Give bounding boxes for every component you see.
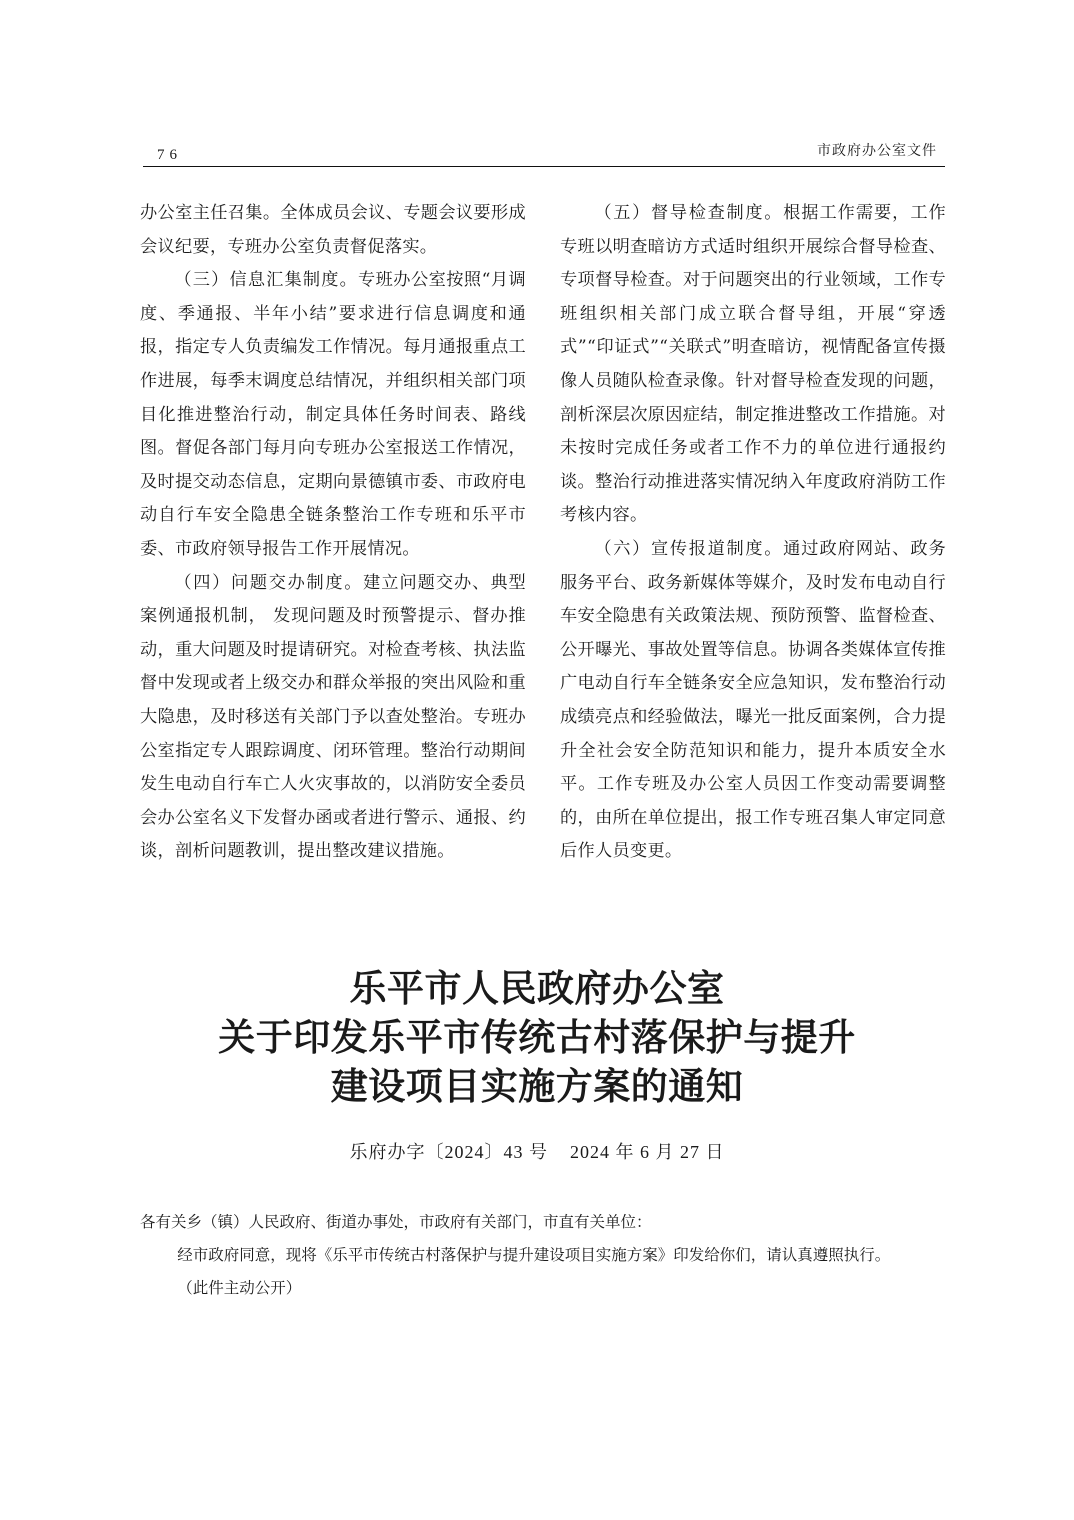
running-title: 市政府办公室文件: [817, 140, 937, 160]
section-heading: （五）督导检查制度。: [594, 203, 783, 223]
notice-title-line: 乐平市人民政府办公室: [0, 964, 1074, 1013]
addressee: 各有关乡（镇）人民政府、街道办事处，市政府有关部门，市直有关单位：: [140, 1206, 946, 1239]
paragraph-publicity: （六）宣传报道制度。通过政府网站、政务服务平台、政务新媒体等媒介，及时发布电动自…: [560, 533, 946, 869]
paragraph-supervision: （五）督导检查制度。根据工作需要，工作专班以明查暗访方式适时组织开展综合督导检查…: [560, 197, 946, 533]
paragraph-text: 办公室主任召集。全体成员会议、专题会议要形成会议纪要，专班办公室负责督促落实。: [140, 203, 526, 257]
disclosure-note: （此件主动公开）: [140, 1272, 946, 1305]
paragraph-info-collection: （三）信息汇集制度。专班办公室按照“月调度、季通报、半年小结”要求进行信息调度和…: [140, 264, 526, 566]
notice-title: 乐平市人民政府办公室 关于印发乐平市传统古村落保护与提升 建设项目实施方案的通知: [0, 964, 1074, 1111]
page-number: 76: [157, 147, 182, 164]
document-number: 乐府办字〔2024〕43 号: [350, 1142, 549, 1162]
section-heading: （六）宣传报道制度。: [594, 539, 783, 559]
notice-body: 各有关乡（镇）人民政府、街道办事处，市政府有关部门，市直有关单位： 经市政府同意…: [140, 1206, 946, 1305]
two-column-body: 办公室主任召集。全体成员会议、专题会议要形成会议纪要，专班办公室负责督促落实。 …: [140, 197, 946, 869]
paragraph-continuation: 办公室主任召集。全体成员会议、专题会议要形成会议纪要，专班办公室负责督促落实。: [140, 197, 526, 264]
paragraph-text: 建立问题交办、典型案例通报机制， 发现问题及时预警提示、督办推动，重大问题及时提…: [140, 573, 526, 862]
notice-title-line: 建设项目实施方案的通知: [0, 1062, 1074, 1111]
paragraph-text: 专班办公室按照“月调度、季通报、半年小结”要求进行信息调度和通报，指定专人负责编…: [140, 270, 526, 559]
paragraph-text: 根据工作需要，工作专班以明查暗访方式适时组织开展综合督导检查、专项督导检查。对于…: [560, 203, 946, 525]
document-date: 2024 年 6 月 27 日: [570, 1142, 725, 1162]
right-column: （五）督导检查制度。根据工作需要，工作专班以明查暗访方式适时组织开展综合督导检查…: [560, 197, 946, 869]
notice-title-line: 关于印发乐平市传统古村落保护与提升: [0, 1013, 1074, 1062]
paragraph-text: 通过政府网站、政务服务平台、政务新媒体等媒介，及时发布电动自行车安全隐患有关政策…: [560, 539, 946, 861]
notice-body-text: 经市政府同意，现将《乐平市传统古村落保护与提升建设项目实施方案》印发给你们，请认…: [140, 1239, 946, 1272]
page-header: 76 市政府办公室文件: [143, 136, 945, 167]
section-heading: （四）问题交办制度。: [174, 573, 363, 593]
document-number-line: 乐府办字〔2024〕43 号2024 年 6 月 27 日: [0, 1138, 1074, 1164]
left-column: 办公室主任召集。全体成员会议、专题会议要形成会议纪要，专班办公室负责督促落实。 …: [140, 197, 526, 869]
paragraph-issue-assignment: （四）问题交办制度。建立问题交办、典型案例通报机制， 发现问题及时预警提示、督办…: [140, 567, 526, 869]
section-heading: （三）信息汇集制度。: [174, 270, 358, 290]
